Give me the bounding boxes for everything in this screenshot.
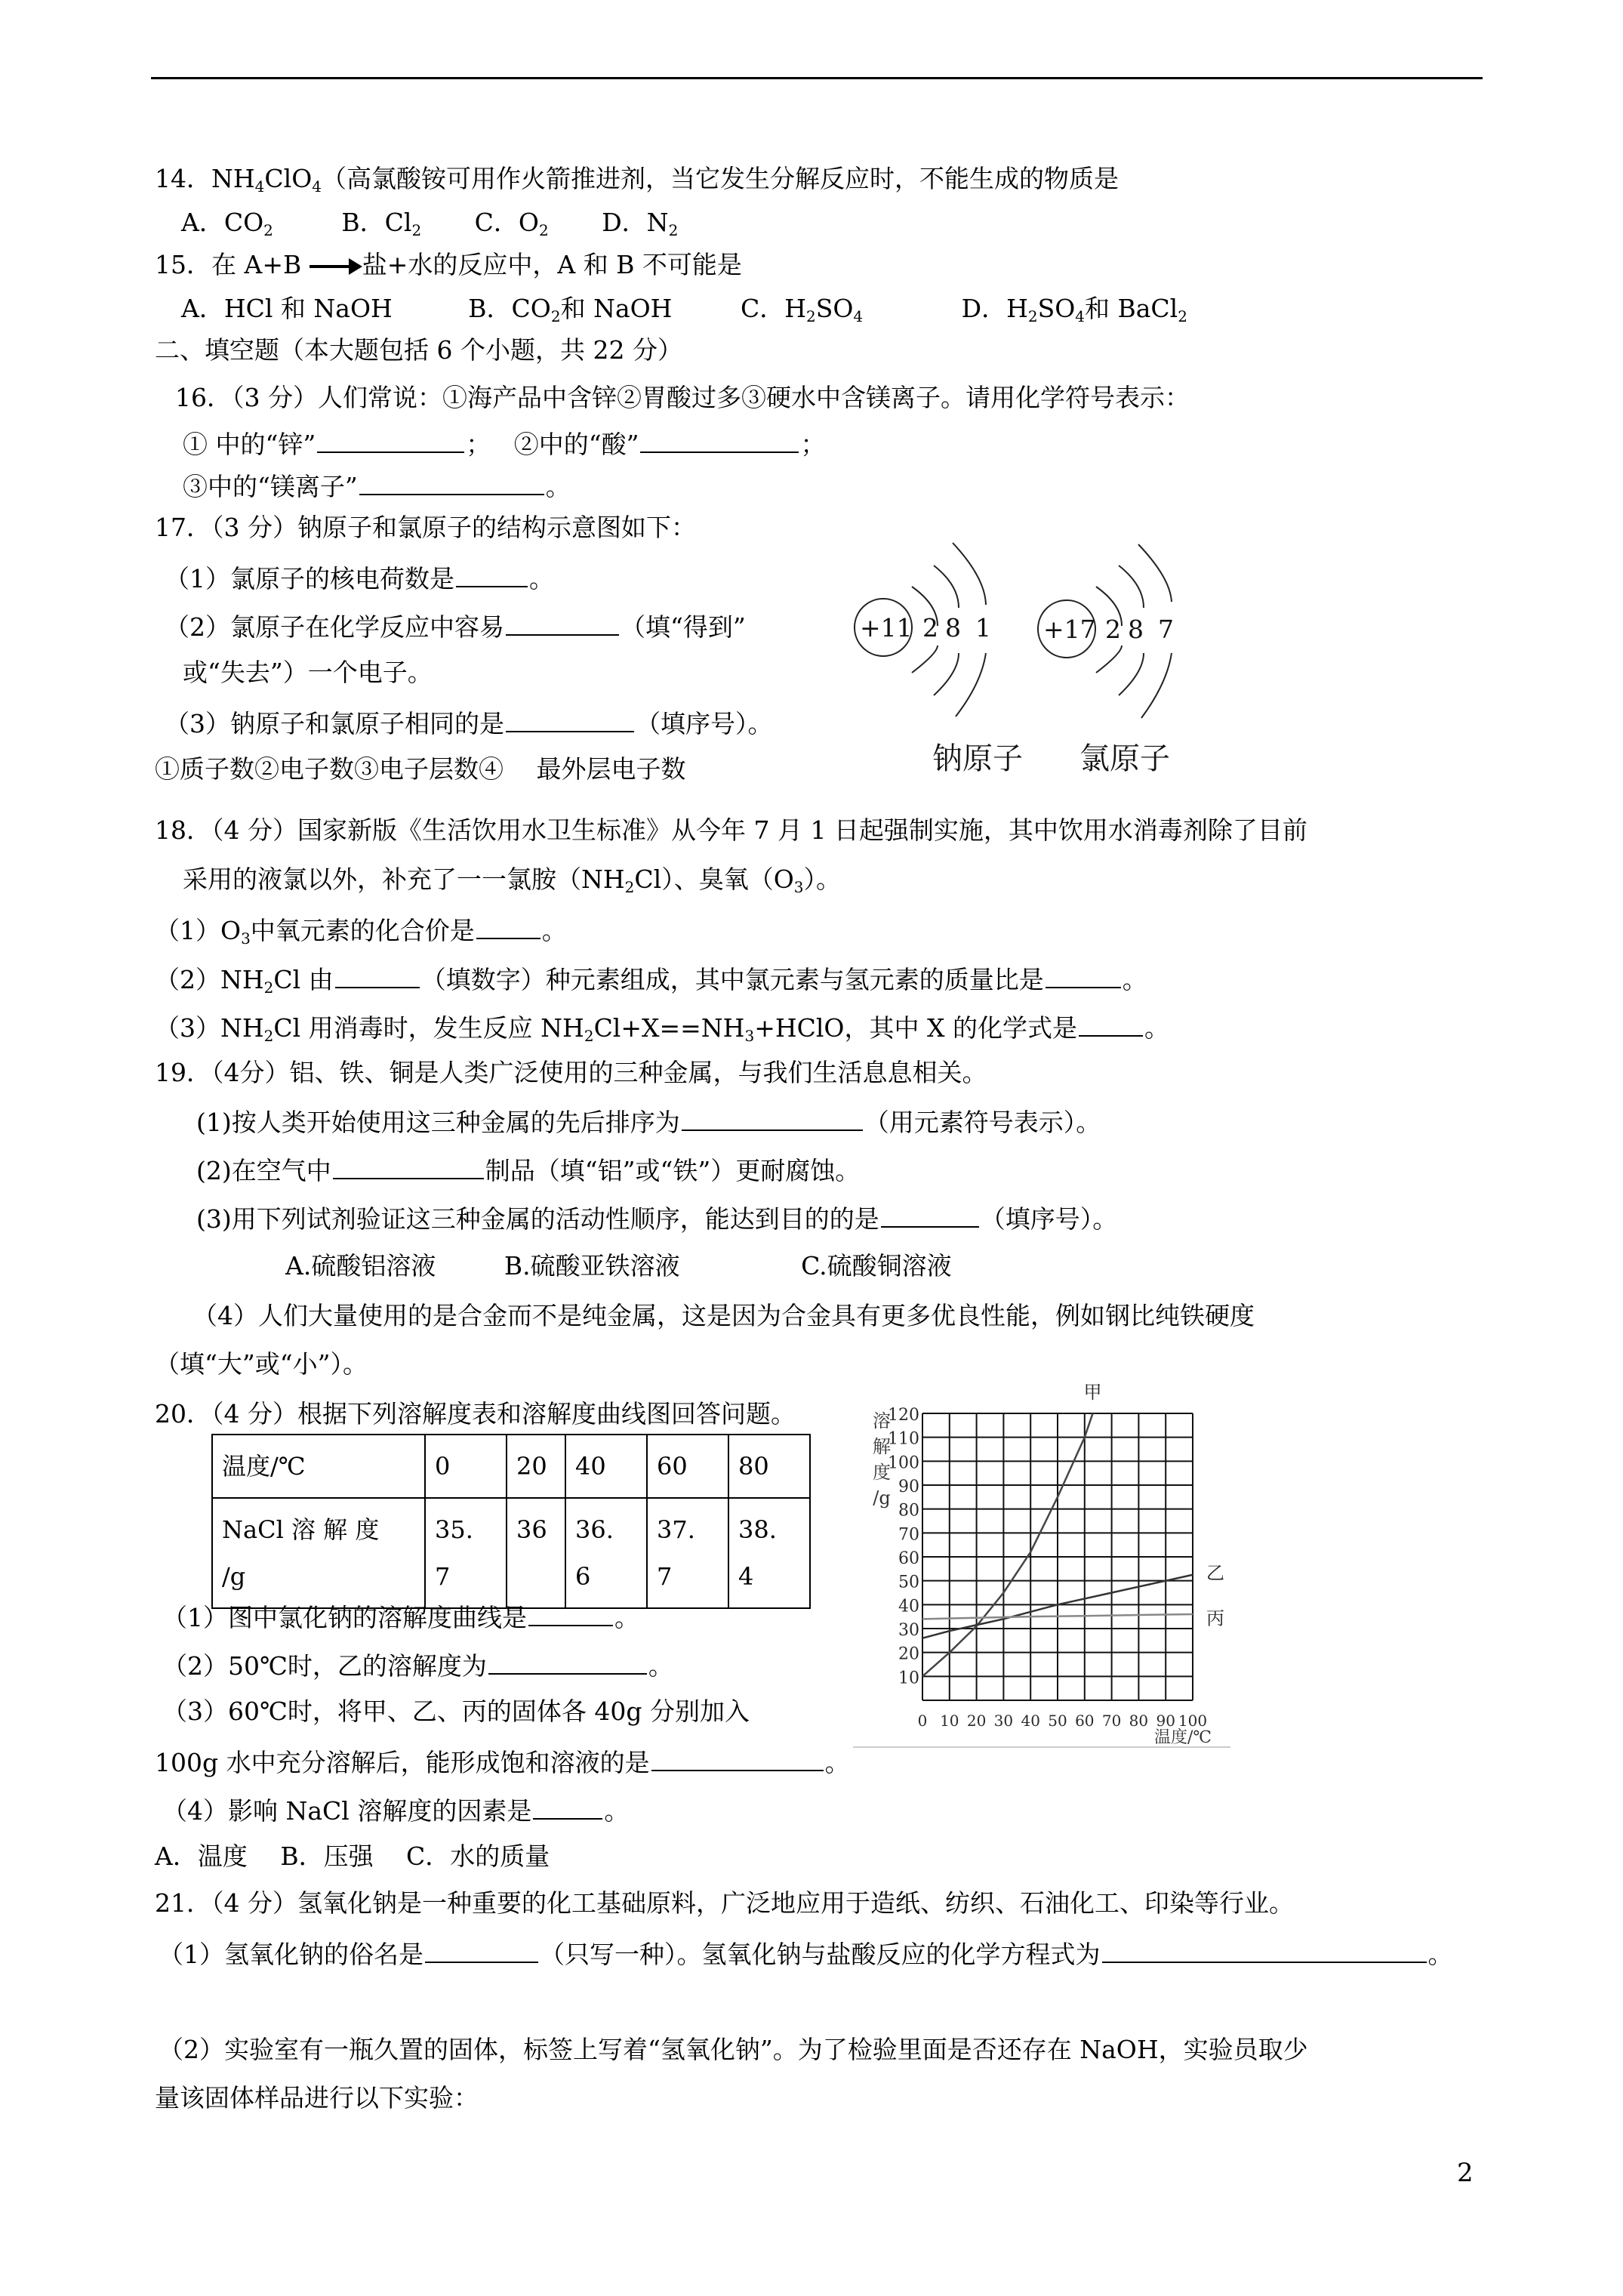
q17-sub3-hint: （填序号）。 [636, 709, 773, 738]
x-tick-label: 90 [1156, 1712, 1175, 1730]
y-tick-label: 20 [898, 1645, 919, 1664]
subscript: 4 [853, 307, 863, 325]
q19-option-a[interactable]: A.硫酸铝溶液 [285, 1251, 436, 1281]
text: 中氧元素的化合价是 [251, 916, 475, 945]
table-cell: 36 [507, 1498, 565, 1608]
q17-sub3: （3）钠原子和氯原子相同的是（填序号）。 [165, 708, 773, 736]
sodium-shell-2: 8 [945, 613, 961, 643]
cell-text: NaCl 溶 解 度 [222, 1515, 379, 1544]
subscript: 2 [551, 307, 561, 325]
subscript: 2 [411, 221, 421, 239]
text: （只写一种）。氢氧化钠与盐酸反应的化学方程式为 [540, 1940, 1101, 1969]
q18-stem-line1: 18．（4 分）国家新版《生活饮用水卫生标准》从今年 7 月 1 日起强制实施，… [155, 818, 1307, 843]
text: Cl+X==NH [594, 1013, 745, 1043]
subscript: 2 [669, 221, 679, 239]
table-row: 温度/℃ 0 20 40 60 80 [212, 1435, 810, 1498]
hint: （用元素符号表示）。 [864, 1108, 1101, 1137]
option-label: D．H [962, 294, 1028, 323]
q17-sub3-text: （3）钠原子和氯原子相同的是 [165, 709, 504, 738]
table-cell: 20 [507, 1435, 565, 1498]
y-tick-label: 70 [898, 1525, 919, 1544]
y-tick-label: 50 [898, 1573, 919, 1592]
x-tick-label: 30 [994, 1712, 1013, 1730]
q19-stem: 19．（4分）铝、铁、铜是人类广泛使用的三种金属，与我们生活息息相关。 [155, 1060, 987, 1085]
punctuation: 。 [546, 472, 571, 501]
q20-sub3-blank[interactable] [651, 1747, 824, 1771]
reaction-arrow-icon [310, 255, 362, 278]
q19-sub2: (2)在空气中制品（填“铝”或“铁”）更耐腐蚀。 [196, 1155, 860, 1183]
q17-sub2-hint: （填“得到” [621, 612, 746, 642]
hint: 制品（填“铝”或“铁”）更耐腐蚀。 [485, 1156, 860, 1185]
punctuation: 。 [604, 1796, 629, 1826]
section-title: 二、填空题（本大题包括 6 个小题，共 22 分） [155, 337, 682, 362]
table-cell: 36.6 [565, 1498, 647, 1608]
chlorine-nucleus: +17 [1043, 615, 1096, 644]
q20-sub3: （3）60℃时，将甲、乙、丙的固体各 40g 分别加入 [162, 1699, 750, 1724]
q17-sub2-blank[interactable] [506, 612, 619, 636]
q17-stem: 17．（3 分）钠原子和氯原子的结构示意图如下： [155, 515, 696, 540]
chlorine-shell-1: 2 [1105, 615, 1121, 644]
q21-sub2-cont: 量该固体样品进行以下实验： [155, 2085, 479, 2110]
option-label: 和 BaCl [1085, 294, 1178, 323]
q19-sub2-blank[interactable] [333, 1155, 484, 1179]
x-tick-label: 0 [918, 1712, 928, 1730]
punctuation: 。 [529, 564, 554, 593]
option-label: SO [816, 294, 854, 323]
cell-text: 36 [516, 1515, 547, 1544]
sodium-shell-3: 1 [975, 613, 991, 643]
y-tick-label: 110 [888, 1430, 919, 1449]
y-tick-label: 120 [888, 1406, 919, 1425]
q18-stem-line2: 采用的液氯以外，补充了一一氯胺（NH2Cl）、臭氧（O3）。 [183, 867, 841, 892]
q14-options: A．CO2 B．Cl2 C．O2 D．N2 [181, 210, 678, 235]
text: （1）O [155, 916, 241, 945]
cell-text: 4 [738, 1562, 753, 1591]
q20-sub1: （1）图中氯化钠的溶解度曲线是。 [162, 1602, 639, 1630]
q21-stem: 21．（4 分）氢氧化钠是一种重要的化工基础原料，广泛地应用于造纸、纺织、石油化… [155, 1891, 1294, 1915]
subscript: 2 [539, 221, 549, 239]
q15-option-b[interactable]: B．CO2和 NaOH [468, 294, 672, 323]
option-label: D．N [602, 208, 668, 237]
table-row: NaCl 溶 解 度/g 35.7 36 36.6 37.7 38.4 [212, 1498, 810, 1608]
y-axis-label: 溶 [873, 1410, 891, 1432]
subscript: 2 [625, 878, 635, 896]
punctuation: 。 [614, 1603, 639, 1632]
x-tick-label: 50 [1048, 1712, 1067, 1730]
hint: （填序号）。 [981, 1204, 1118, 1234]
q19-sub4-cont: （填“大”或“小”）。 [155, 1351, 368, 1376]
q15-number: 15． [155, 250, 211, 279]
punctuation: 。 [1144, 1013, 1169, 1043]
q16-part3-label: ③中的“镁离子” [183, 472, 358, 501]
solubility-table: 温度/℃ 0 20 40 60 80 NaCl 溶 解 度/g 35.7 36 … [211, 1434, 811, 1609]
q19-sub3: (3)用下列试剂验证这三种金属的活动性顺序，能达到目的的是（填序号）。 [196, 1203, 1117, 1231]
q20-sub2-blank[interactable] [488, 1650, 647, 1675]
q15-option-c[interactable]: C．H2SO4 [741, 294, 863, 323]
table-cell: 60 [647, 1435, 728, 1498]
q16-stem: 16．（3 分）人们常说：①海产品中含锌②胃酸过多③硬水中含镁离子。请用化学符号… [175, 385, 1190, 410]
table-cell: 0 [425, 1435, 507, 1498]
chlorine-label: 氯原子 [1079, 741, 1170, 776]
q20-sub2: （2）50℃时，乙的溶解度为。 [162, 1650, 673, 1678]
subscript: 2 [264, 978, 274, 997]
q17-sub2: （2）氯原子在化学反应中容易（填“得到” [165, 612, 746, 639]
sodium-nucleus: +11 [860, 613, 913, 643]
series-line-1 [922, 1413, 1093, 1676]
punctuation: ； [466, 430, 491, 459]
option-label: B．Cl [341, 208, 411, 237]
punctuation: 。 [825, 1748, 850, 1777]
q20-sub4-blank[interactable] [533, 1795, 602, 1820]
table-cell: 40 [565, 1435, 647, 1498]
q16-part3-blank[interactable] [359, 471, 544, 495]
q14-option-c[interactable]: C．O2 [475, 208, 549, 237]
subscript: 3 [241, 929, 251, 948]
page-number: 2 [1457, 2158, 1474, 2188]
q19-options: A.硫酸铝溶液 B.硫酸亚铁溶液 C.硫酸铜溶液 [285, 1253, 952, 1278]
x-axis-label: 温度/℃ [1154, 1728, 1212, 1747]
y-tick-label: 100 [888, 1453, 919, 1472]
x-tick-label: 10 [940, 1712, 959, 1730]
chlorine-shell-2: 8 [1128, 615, 1144, 644]
cell-text: /g [222, 1562, 245, 1591]
series-label-yi: 乙 [1206, 1562, 1224, 1583]
text: ）。 [803, 864, 841, 894]
subscript: 4 [1075, 307, 1085, 325]
x-tick-label: 70 [1102, 1712, 1121, 1730]
cell-text: 6 [575, 1562, 590, 1591]
y-tick-label: 10 [898, 1669, 919, 1687]
y-tick-label: 80 [898, 1502, 919, 1521]
text: （填数字）种元素组成，其中氯元素与氢元素的质量比是 [421, 965, 1044, 994]
text: (1)按人类开始使用这三种金属的先后排序为 [196, 1108, 680, 1137]
text: （4）影响 NaCl 溶解度的因素是 [162, 1796, 531, 1826]
punctuation: 。 [1428, 1940, 1453, 1969]
option-label: C．O [475, 208, 539, 237]
cell-text: 7 [657, 1562, 672, 1591]
option-label: B．CO [468, 294, 551, 323]
table-cell: 38.4 [728, 1498, 810, 1608]
text: +HClO，其中 X 的化学式是 [754, 1013, 1077, 1043]
q19-sub1-blank[interactable] [682, 1107, 863, 1131]
option-label: A．CO [181, 208, 263, 237]
q16-part2-blank[interactable] [640, 429, 799, 453]
atom-structure-figure: +11 2 8 1 +17 2 8 7 钠原子 氯原子 [853, 532, 1223, 789]
q21-sub2: （2）实验室有一瓶久置的固体，标签上写着“氢氧化钠”。为了检验里面是否还存在 N… [159, 2037, 1308, 2062]
q17-sub3-blank[interactable] [506, 708, 634, 732]
q20-options: A．温度 B．压强 C．水的质量 [155, 1844, 550, 1869]
punctuation: 。 [542, 916, 567, 945]
punctuation: 。 [648, 1651, 673, 1681]
subscript: 2 [584, 1027, 594, 1045]
cell-text: 36. [575, 1515, 614, 1544]
punctuation: 。 [1123, 965, 1147, 994]
subscript: 4 [255, 177, 265, 196]
text: Cl 由 [273, 965, 333, 994]
q21-sub1-blank-a[interactable] [425, 1939, 538, 1963]
q15-text-pre: 在 A+B [211, 250, 301, 279]
text: （3）NH [155, 1013, 264, 1043]
text: （1）图中氯化钠的溶解度曲线是 [162, 1603, 527, 1632]
subscript: 2 [264, 1027, 274, 1045]
y-axis-label: 度 [873, 1462, 891, 1483]
x-tick-label: 100 [1178, 1712, 1207, 1730]
option-label: SO [1038, 294, 1076, 323]
y-tick-label: 40 [898, 1597, 919, 1616]
q21-sub1: （1）氢氧化钠的俗名是（只写一种）。氢氧化钠与盐酸反应的化学方程式为。 [159, 1939, 1453, 1967]
q15-text-post: 盐+水的反应中，A 和 B 不可能是 [362, 250, 742, 279]
text: (3)用下列试剂验证这三种金属的活动性顺序，能达到目的的是 [196, 1204, 879, 1234]
q14-option-b[interactable]: B．Cl2 [341, 208, 421, 237]
q16-part1-blank[interactable] [317, 429, 464, 453]
q16-part1-label: ① 中的“锌” [183, 430, 316, 459]
subscript: 2 [806, 307, 816, 325]
q16-line2: ③中的“镁离子”。 [183, 471, 571, 499]
q16-part2-label: ②中的“酸” [514, 430, 639, 459]
header-rule [151, 77, 1483, 79]
q18-sub2-blank-b[interactable] [1046, 964, 1121, 988]
cell-text: 35. [435, 1515, 473, 1544]
text: （2）50℃时，乙的溶解度为 [162, 1651, 487, 1681]
q14-formula-mid: ClO [264, 164, 312, 193]
cell-text: 37. [657, 1515, 695, 1544]
text: (2)在空气中 [196, 1156, 331, 1185]
q17-sub2-cont: 或“失去”）一个电子。 [183, 660, 433, 685]
subscript: 2 [1178, 307, 1187, 325]
text: （1）氢氧化钠的俗名是 [159, 1940, 423, 1969]
sodium-label: 钠原子 [932, 741, 1023, 776]
q17-sub1: （1）氯原子的核电荷数是。 [165, 563, 554, 591]
q14-stem: 14．NH4ClO4（高氯酸铵可用作火箭推进剂，当它发生分解反应时，不能生成的物… [155, 166, 1119, 191]
series-label-bing: 丙 [1206, 1608, 1224, 1629]
q19-option-c[interactable]: C.硫酸铜溶液 [801, 1251, 952, 1281]
subscript: 3 [744, 1027, 754, 1045]
q15-option-d[interactable]: D．H2SO4和 BaCl2 [962, 294, 1187, 323]
q18-sub2: （2）NH2Cl 由（填数字）种元素组成，其中氯元素与氢元素的质量比是。 [155, 964, 1147, 992]
table-cell: 37.7 [647, 1498, 728, 1608]
punctuation: ； [800, 430, 825, 459]
q14-option-d[interactable]: D．N2 [602, 208, 678, 237]
subscript: 2 [1028, 307, 1038, 325]
table-cell: 温度/℃ [212, 1435, 425, 1498]
table-cell: NaCl 溶 解 度/g [212, 1498, 425, 1608]
q17-sub1-blank[interactable] [456, 563, 528, 587]
q14-option-a[interactable]: A．CO2 [181, 208, 273, 237]
sodium-shell-1: 2 [922, 613, 938, 643]
text: 采用的液氯以外，补充了一一氯胺（NH [183, 864, 625, 894]
q18-sub2-blank-a[interactable] [335, 964, 420, 988]
text: 100g 水中充分溶解后，能形成饱和溶液的是 [155, 1748, 650, 1777]
q19-option-b[interactable]: B.硫酸亚铁溶液 [504, 1251, 680, 1281]
table-cell: 80 [728, 1435, 810, 1498]
q19-sub4: （4）人们大量使用的是合金而不是纯金属，这是因为合金具有更多优良性能，例如钢比纯… [192, 1303, 1255, 1328]
q15-option-a[interactable]: A．HCl 和 NaOH [181, 294, 393, 323]
q15-options: A．HCl 和 NaOH B．CO2和 NaOH C．H2SO4 D．H2SO4… [181, 296, 1187, 321]
q20-sub4: （4）影响 NaCl 溶解度的因素是。 [162, 1795, 629, 1823]
y-axis-label: /g [873, 1487, 890, 1509]
x-tick-label: 40 [1021, 1712, 1039, 1730]
cell-text: 7 [435, 1562, 450, 1591]
q14-text: （高氯酸铵可用作火箭推进剂，当它发生分解反应时，不能生成的物质是 [322, 164, 1119, 193]
subscript: 4 [312, 177, 322, 196]
y-tick-label: 60 [898, 1549, 919, 1568]
text: Cl）、臭氧（O [634, 864, 793, 894]
q18-sub3: （3）NH2Cl 用消毒时，发生反应 NH2Cl+X==NH3+HClO，其中 … [155, 1012, 1169, 1040]
q14-number: 14． [155, 164, 211, 193]
q18-sub1-blank[interactable] [476, 915, 540, 939]
cell-text: 38. [738, 1515, 777, 1544]
q19-sub1: (1)按人类开始使用这三种金属的先后排序为（用元素符号表示）。 [196, 1107, 1101, 1135]
q20-stem: 20．（4 分）根据下列溶解度表和溶解度曲线图回答问题。 [155, 1401, 796, 1426]
y-axis-label: 解 [873, 1436, 891, 1457]
table-cell: 35.7 [425, 1498, 507, 1608]
option-label: C．H [741, 294, 806, 323]
q16-line1: ① 中的“锌”； ②中的“酸”； [183, 429, 825, 457]
q17-sub1-text: （1）氯原子的核电荷数是 [165, 564, 454, 593]
x-tick-label: 20 [967, 1712, 986, 1730]
chart-canvas: 1020304050607080901001101200102030405060… [853, 1374, 1291, 1827]
q20-sub1-blank[interactable] [528, 1602, 613, 1626]
text: Cl 用消毒时，发生反应 NH [273, 1013, 584, 1043]
q20-sub3-cont: 100g 水中充分溶解后，能形成饱和溶液的是。 [155, 1747, 850, 1775]
option-label: 和 NaOH [561, 294, 673, 323]
q18-sub3-blank[interactable] [1079, 1012, 1143, 1037]
chlorine-shell-3: 7 [1158, 615, 1174, 644]
subscript: 3 [794, 878, 804, 896]
q17-choices: ①质子数②电子数③电子层数④ 最外层电子数 [155, 757, 686, 781]
subscript: 2 [263, 221, 273, 239]
series-label-jia: 甲 [1084, 1382, 1102, 1403]
q19-sub3-blank[interactable] [881, 1203, 979, 1228]
x-tick-label: 60 [1075, 1712, 1094, 1730]
q17-sub2-text: （2）氯原子在化学反应中容易 [165, 612, 504, 642]
x-tick-label: 80 [1129, 1712, 1148, 1730]
text: （2）NH [155, 965, 264, 994]
y-tick-label: 30 [898, 1621, 919, 1640]
y-tick-label: 90 [898, 1478, 919, 1496]
q21-sub1-blank-b[interactable] [1102, 1939, 1427, 1963]
q15-stem: 15．在 A+B 盐+水的反应中，A 和 B 不可能是 [155, 252, 742, 278]
q18-sub1: （1）O3中氧元素的化合价是。 [155, 915, 567, 943]
solubility-curve-chart: 1020304050607080901001101200102030405060… [853, 1374, 1291, 1827]
q14-formula: NH [211, 164, 255, 193]
